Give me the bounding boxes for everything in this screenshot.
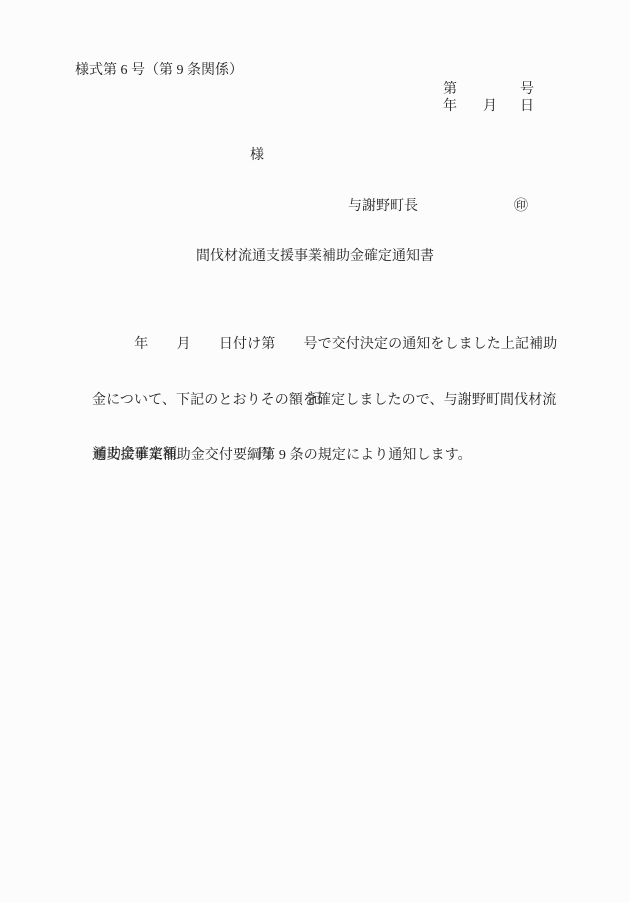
document-title: 間伐材流通支援事業補助金確定通知書 [0, 248, 630, 266]
sender-title: 与謝野町長 [348, 198, 418, 216]
body-line: 年 月 日付け第 号で交付決定の通知をしました上記補助 [92, 335, 572, 355]
date-month-label: 月 [483, 98, 497, 116]
ref-number-prefix-label: 第 [443, 81, 457, 99]
amount-label: 補助金確定額 [93, 446, 177, 464]
document-page: 様式第 6 号（第 9 条関係） 第 号 年 月 日 様 与謝野町長 ㊞ 間伐材… [0, 0, 630, 903]
seal-icon: ㊞ [514, 198, 528, 216]
addressee-suffix: 様 [250, 147, 264, 165]
form-number: 様式第 6 号（第 9 条関係） [75, 62, 243, 80]
record-heading: 記 [0, 391, 630, 409]
date-day-label: 日 [520, 98, 534, 116]
date-year-label: 年 [443, 98, 457, 116]
amount-unit-label: 円 [258, 446, 272, 464]
ref-number-suffix-label: 号 [520, 81, 534, 99]
